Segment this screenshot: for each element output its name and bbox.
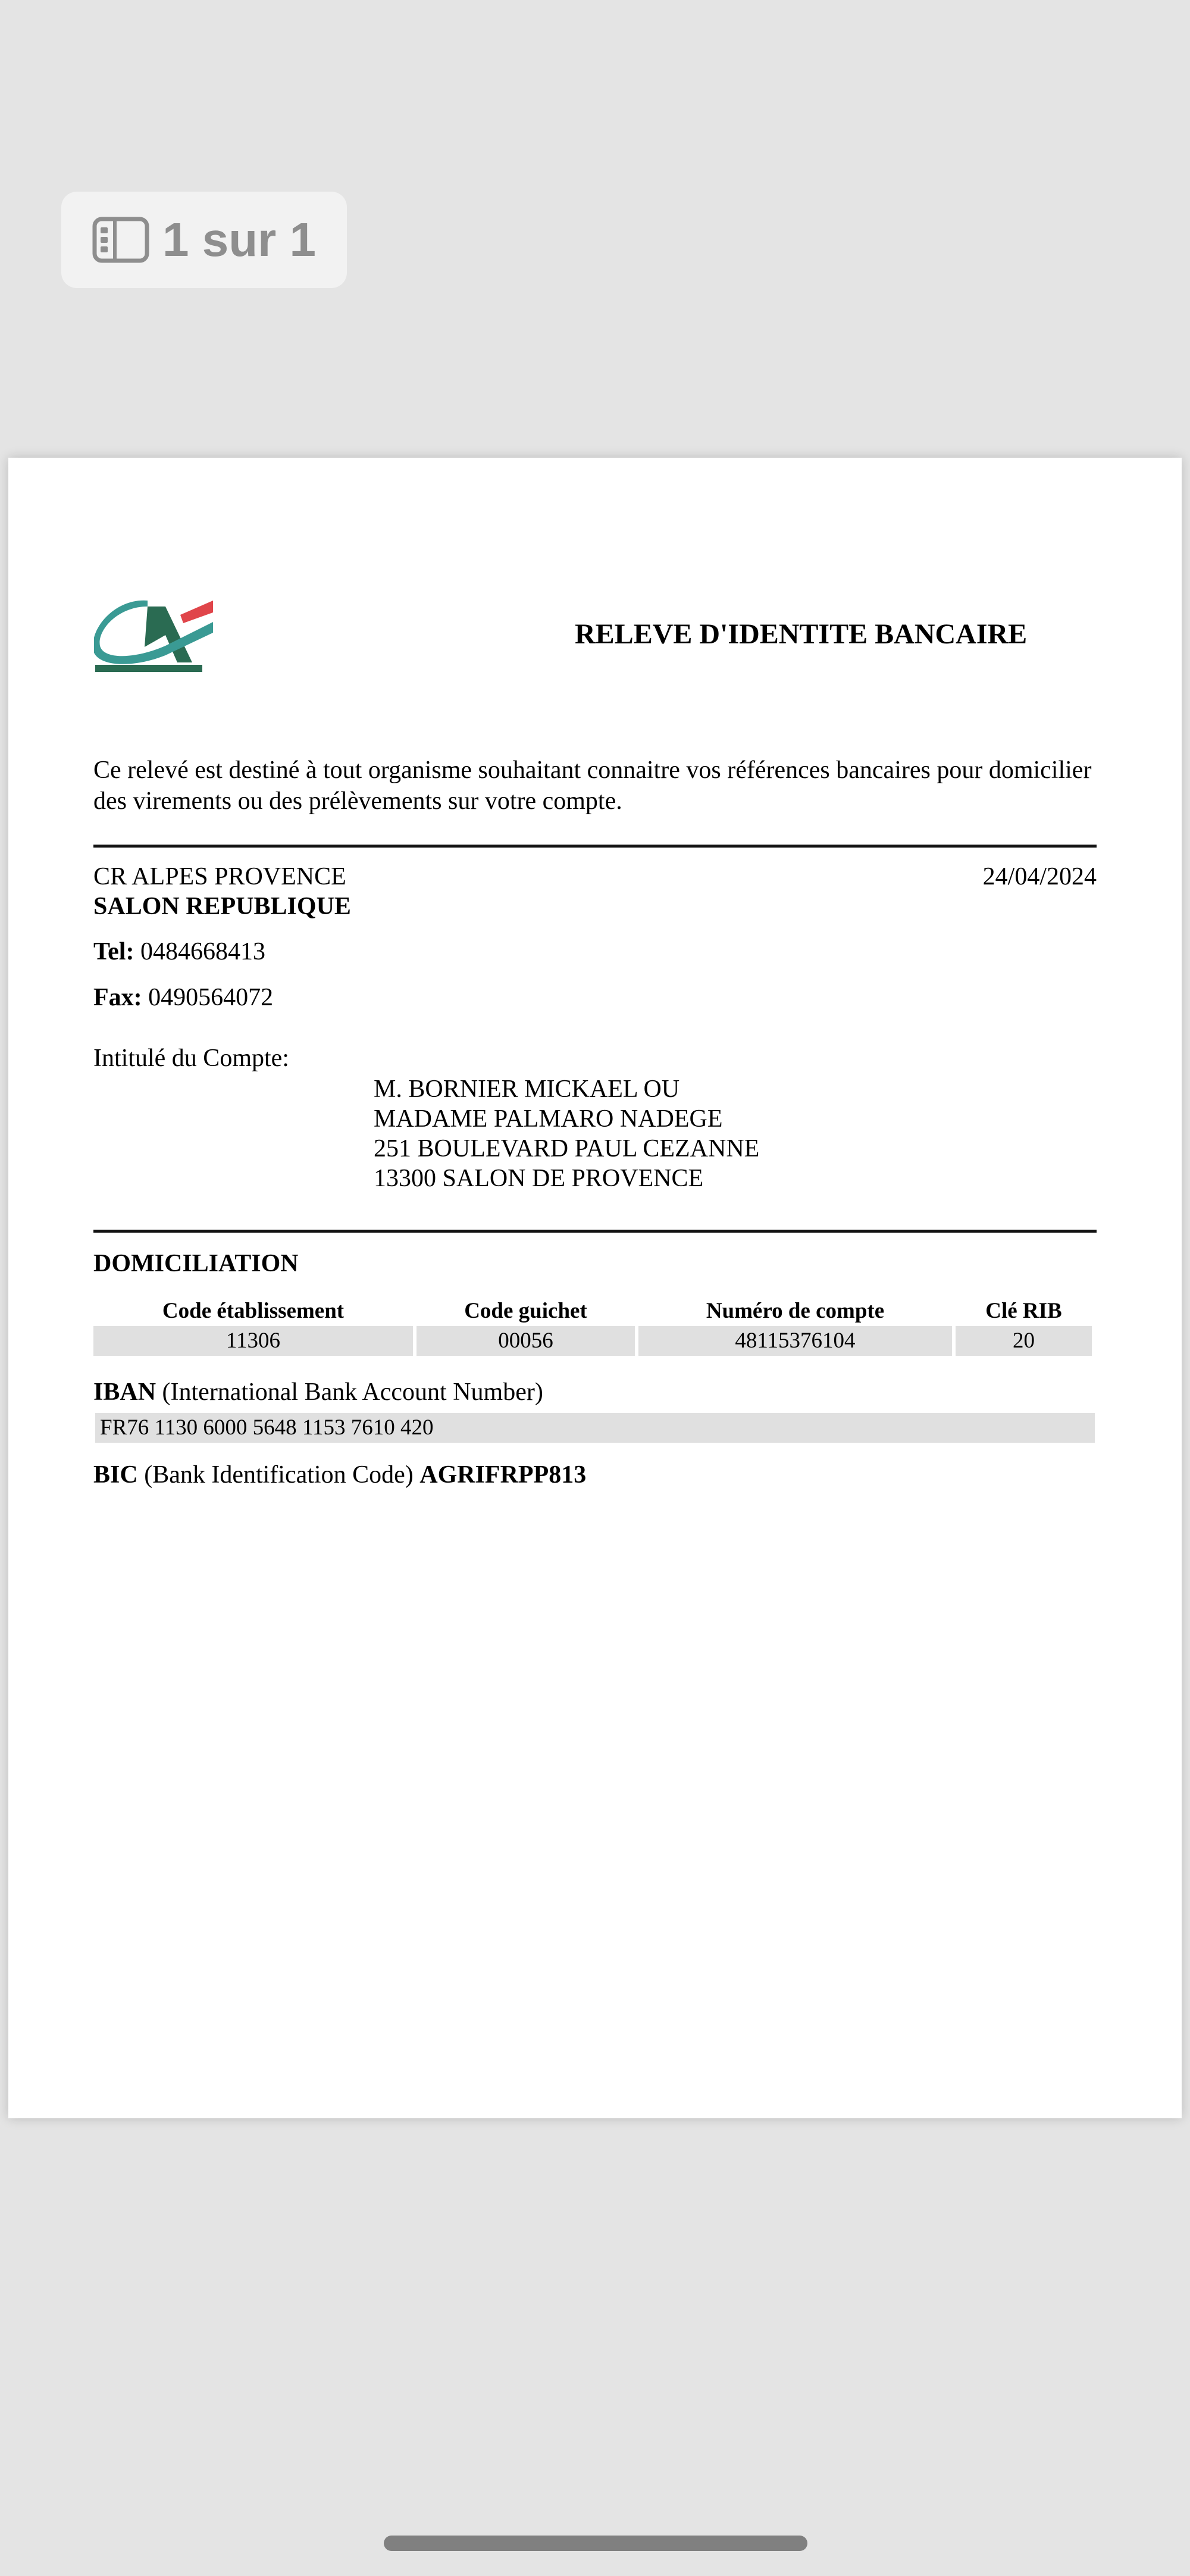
- account-holder-block: M. BORNIER MICKAEL OU MADAME PALMARO NAD…: [374, 1074, 759, 1193]
- bic-label: BIC: [93, 1461, 138, 1489]
- document-date: 24/04/2024: [983, 862, 1097, 891]
- bank-name: CR ALPES PROVENCE: [93, 862, 346, 891]
- page-indicator[interactable]: 1 sur 1: [61, 192, 347, 288]
- table-row: 11306 00056 48115376104 20: [93, 1326, 1097, 1356]
- intro-text: Ce relevé est destiné à tout organisme s…: [93, 755, 1117, 817]
- bank-tel: Tel: 0484668413: [93, 937, 265, 966]
- bank-fax: Fax: 0490564072: [93, 983, 273, 1012]
- credit-agricole-logo: [94, 589, 213, 672]
- account-holder-line: 13300 SALON DE PROVENCE: [374, 1164, 759, 1193]
- account-holder-line: M. BORNIER MICKAEL OU: [374, 1074, 759, 1104]
- account-holder-line: MADAME PALMARO NADEGE: [374, 1104, 759, 1134]
- code-etablissement: 11306: [93, 1326, 413, 1356]
- domiciliation-heading: DOMICILIATION: [93, 1249, 299, 1278]
- sidebar-thumbnails-icon: [92, 217, 149, 263]
- bank-branch: SALON REPUBLIQUE: [93, 892, 351, 921]
- bic-value: AGRIFRPP813: [419, 1461, 586, 1489]
- numero-de-compte: 48115376104: [638, 1326, 952, 1356]
- bic-line: BIC (Bank Identification Code) AGRIFRPP8…: [93, 1461, 586, 1489]
- fax-label: Fax:: [93, 984, 142, 1011]
- iban-label: IBAN: [93, 1378, 156, 1406]
- bic-description: (Bank Identification Code): [144, 1461, 414, 1489]
- iban-description: (International Bank Account Number): [162, 1378, 543, 1406]
- account-holder-label: Intitulé du Compte:: [93, 1044, 289, 1073]
- home-indicator[interactable]: [384, 2536, 807, 2551]
- divider: [93, 1230, 1097, 1233]
- tel-value: 0484668413: [140, 938, 265, 965]
- document-title: RELEVE D'IDENTITE BANCAIRE: [575, 618, 1027, 651]
- divider: [93, 845, 1097, 848]
- rib-table: Code établissement Code guichet Numéro d…: [93, 1296, 1097, 1356]
- column-header: Clé RIB: [956, 1296, 1092, 1326]
- page-count-label: 1 sur 1: [162, 212, 316, 267]
- column-header: Code établissement: [93, 1296, 413, 1326]
- tel-label: Tel:: [93, 938, 134, 965]
- cle-rib: 20: [956, 1326, 1092, 1356]
- fax-value: 0490564072: [148, 984, 273, 1011]
- iban-value: FR76 1130 6000 5648 1153 7610 420: [95, 1413, 1095, 1443]
- column-header: Numéro de compte: [638, 1296, 952, 1326]
- account-holder-line: 251 BOULEVARD PAUL CEZANNE: [374, 1134, 759, 1164]
- iban-label-line: IBAN (International Bank Account Number): [93, 1378, 543, 1406]
- rib-table-header: Code établissement Code guichet Numéro d…: [93, 1296, 1097, 1326]
- document-page: RELEVE D'IDENTITE BANCAIRE Ce relevé est…: [8, 458, 1182, 2118]
- code-guichet: 00056: [416, 1326, 635, 1356]
- column-header: Code guichet: [416, 1296, 635, 1326]
